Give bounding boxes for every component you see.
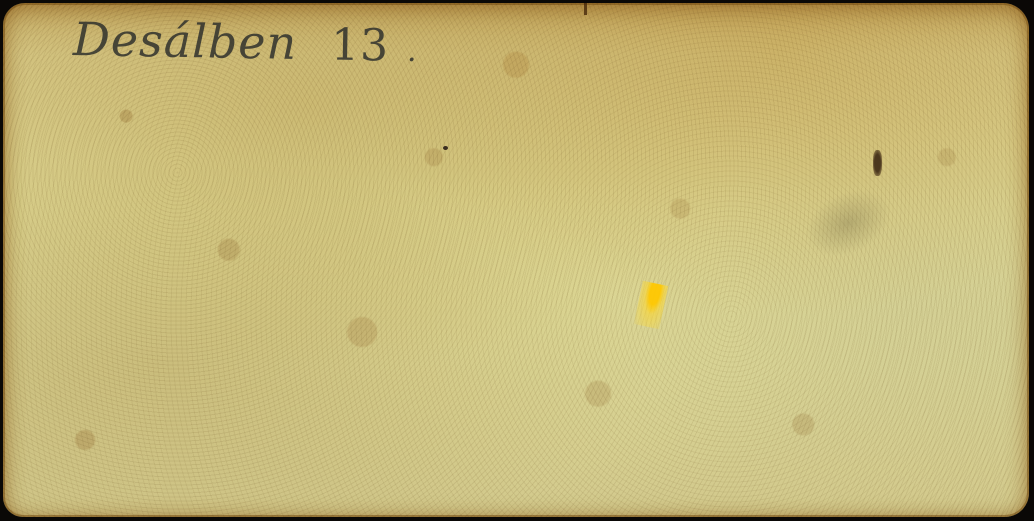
dark-speck <box>873 150 882 176</box>
photo-scene: Desálben13. <box>0 0 1034 521</box>
handwritten-inscription: Desálben13. <box>73 12 419 72</box>
inscription-word: Desálben <box>73 12 298 70</box>
aged-card-back: Desálben13. <box>3 3 1029 517</box>
paper-grain <box>3 3 1029 517</box>
edge-nick <box>584 3 587 15</box>
inscription-number: 13 <box>331 20 390 72</box>
pencil-mark <box>443 146 448 150</box>
inscription-period: . <box>407 34 418 69</box>
